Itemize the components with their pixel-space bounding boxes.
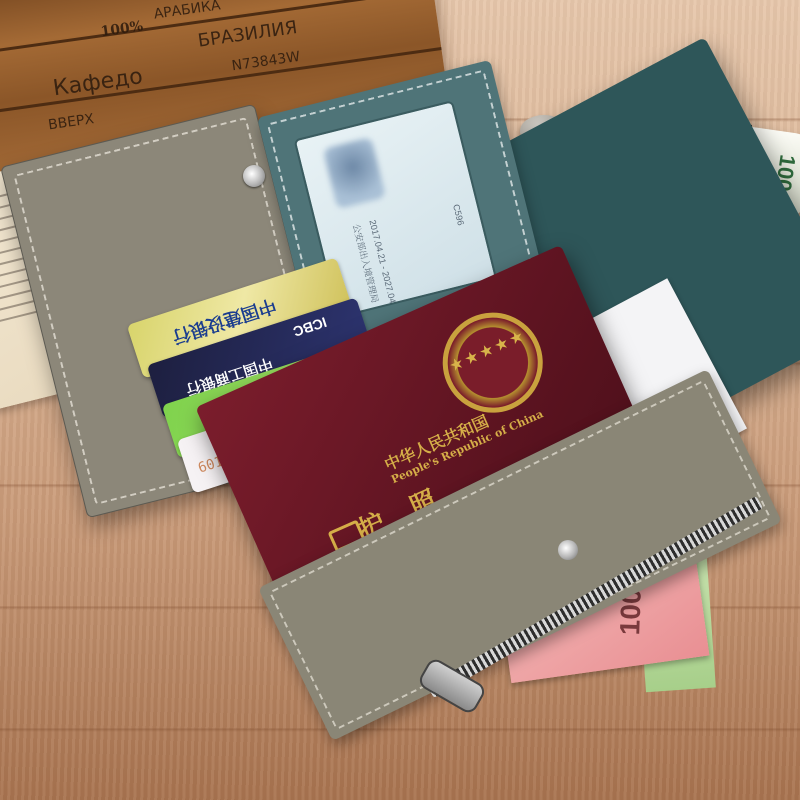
id-photo-blurred: [323, 137, 387, 209]
crate-text: БРАЗИЛИЯ: [197, 17, 299, 52]
card-brand: ICBC: [291, 314, 329, 340]
crate-text: ВВЕРХ: [47, 111, 95, 133]
id-code: C596: [451, 203, 466, 226]
emblem-stars: ★★★★★: [442, 323, 532, 378]
crate-text: 100%: [100, 18, 144, 40]
snap-button: [243, 165, 265, 187]
snap-button: [558, 540, 578, 560]
